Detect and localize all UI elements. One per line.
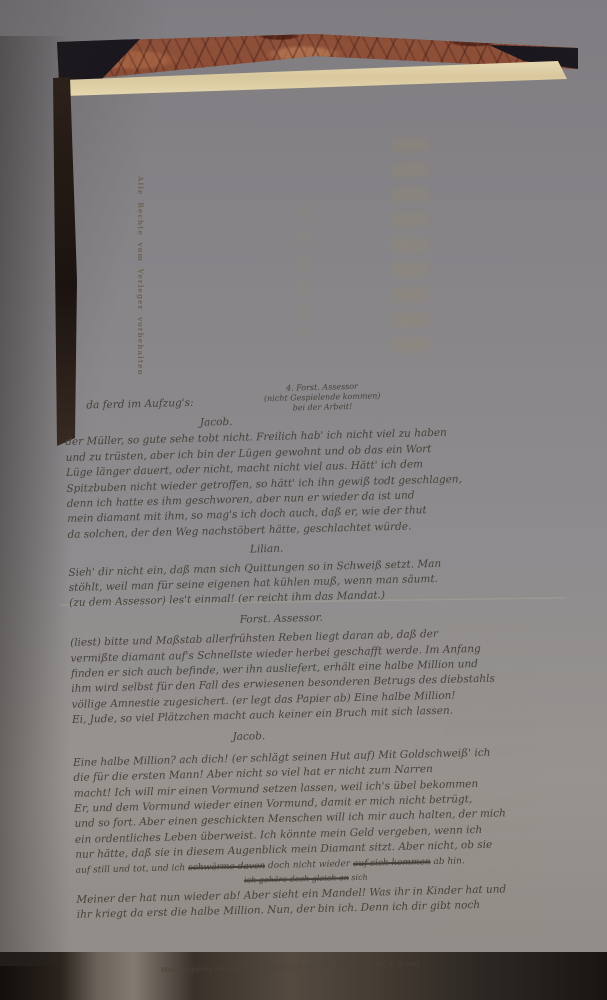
- publisher-rights-notice: Alle Rechte vom Verleger vorbehalten: [134, 176, 145, 336]
- stage-note-right: 4. Forst. Assessor(nicht Gespielende kom…: [242, 381, 403, 414]
- speech-jacob-1: der Müller, so gute sehe tobt nicht. Fre…: [65, 423, 571, 543]
- speech-lilian: Sieh' dir nicht ein, daß man sich Quittu…: [68, 553, 573, 611]
- handwritten-manuscript: da ferd im Aufzug's: 4. Forst. Assessor(…: [64, 379, 581, 924]
- speech-forst-assessor: (liest) bitte und Maßstab allerfrühsten …: [70, 624, 576, 729]
- show-through-ghost: [392, 138, 428, 356]
- stage-note-left: da ferd im Aufzug's:: [86, 396, 194, 414]
- line-segment: doch nicht wieder: [265, 859, 353, 871]
- struck-segment: schwärme davon: [188, 861, 265, 873]
- line-segment: auf still und tot, und ich: [76, 863, 189, 876]
- struck-segment: ich gehöre doch gleich an: [244, 873, 349, 885]
- line-segment: ab hin.: [430, 856, 464, 867]
- speech-jacob-2: Eine halbe Million? ach dich! (er schläg…: [73, 743, 579, 863]
- struck-segment: auf sich kommen: [353, 857, 431, 869]
- speaker-name-jacob-2: Jacob.: [232, 722, 576, 746]
- show-through-ghost: [296, 205, 312, 335]
- line-segment: sich: [349, 872, 368, 881]
- photo-of-open-book: Alle Rechte vom Verleger vorbehalten da …: [0, 0, 607, 1000]
